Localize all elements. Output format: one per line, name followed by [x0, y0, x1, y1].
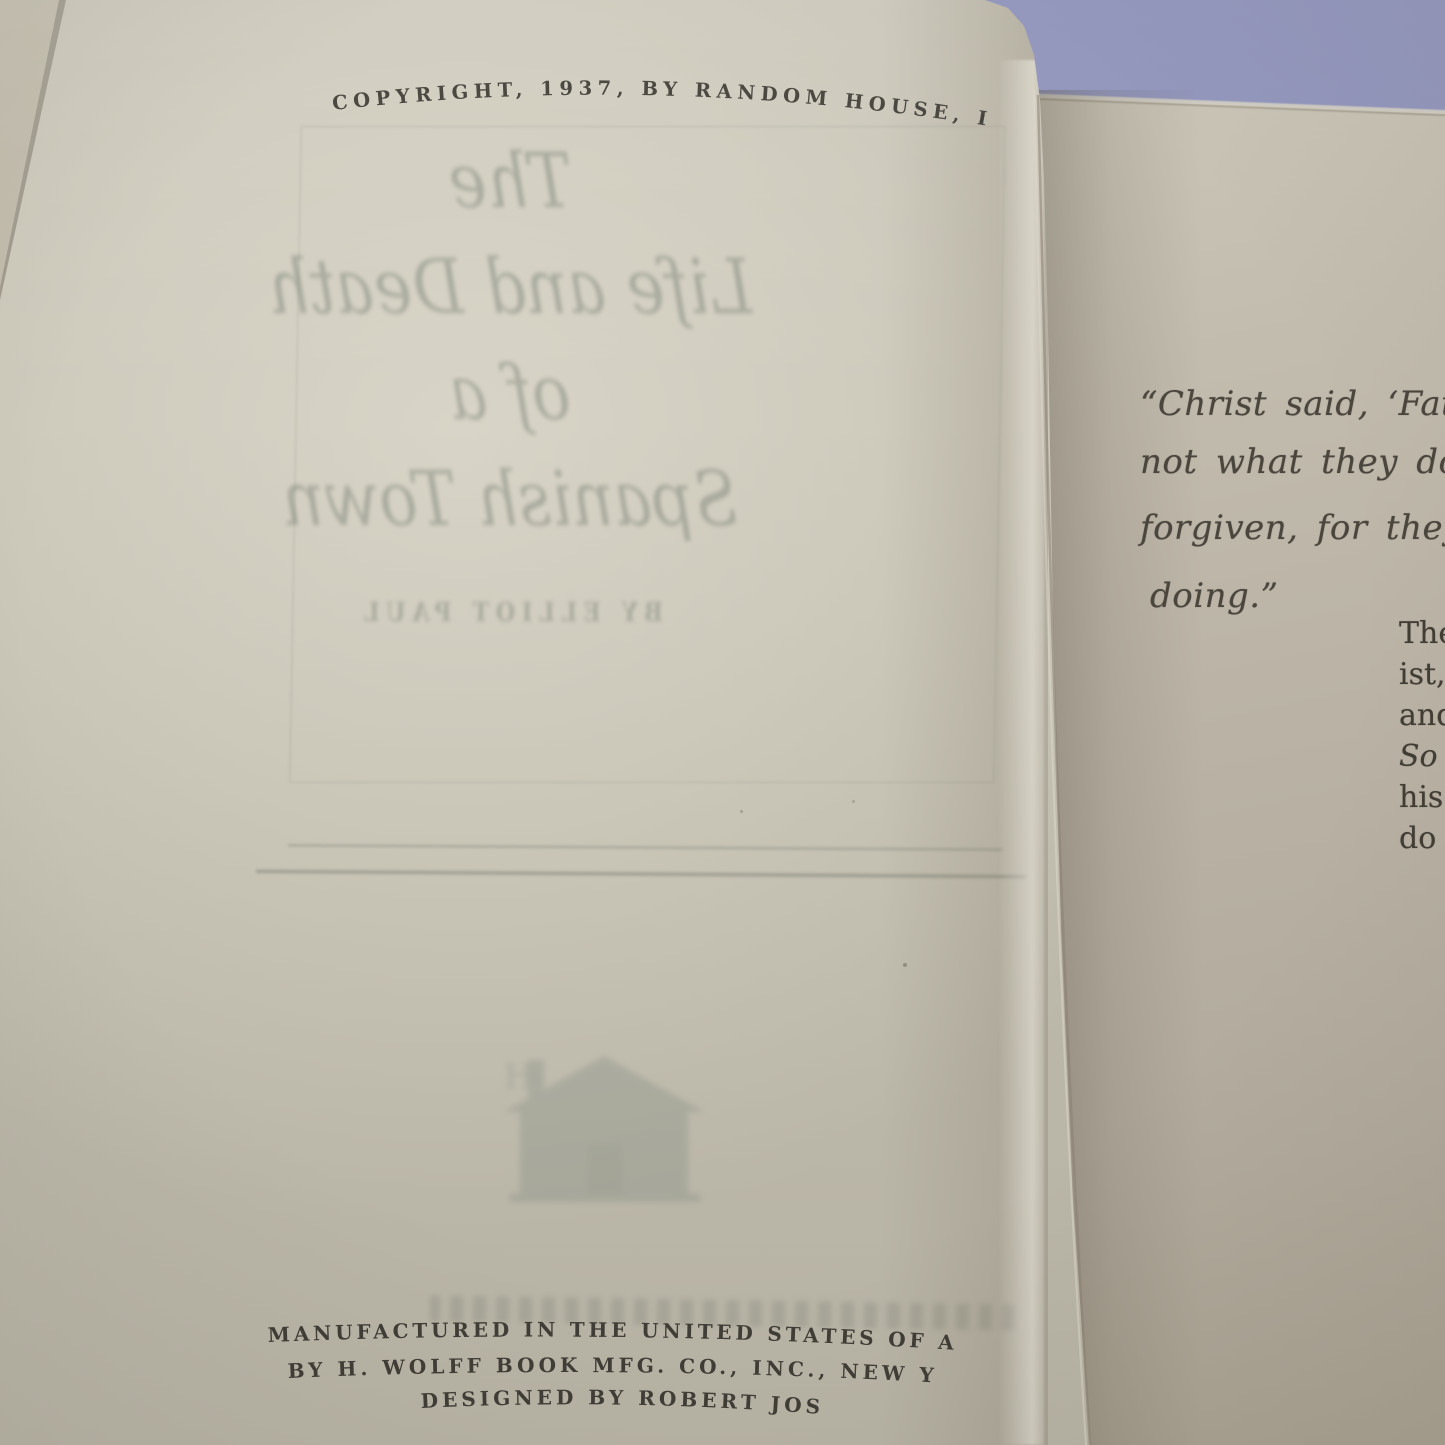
fragment-line: his [1399, 777, 1445, 818]
fragment-line: So [1399, 736, 1445, 777]
svg-text:COPYRIGHT, 1937, BY RANDOM HOU: COPYRIGHT, 1937, BY RANDOM HOUSE, INC. [0, 0, 994, 131]
epigraph-quote-line-2: not what they do.’ I [1140, 442, 1445, 482]
book-photo: The Life and Death of a Spanish Town BY … [0, 0, 1445, 1445]
epigraph-quote-line-4: doing.” [1150, 576, 1278, 616]
imprint-line-3: DESIGNED BY ROBERT JOSEPHY [0, 0, 825, 1419]
copyright-line: COPYRIGHT, 1937, BY RANDOM HOUSE, INC. [0, 0, 994, 131]
epigraph-quote-line-1: “Christ said, ‘Father, [1140, 384, 1445, 424]
imprint-line-1: MANUFACTURED IN THE UNITED STATES OF AME… [0, 0, 958, 1355]
fragment-line: ist, [1399, 654, 1445, 695]
svg-text:MANUFACTURED IN THE UNITED STA: MANUFACTURED IN THE UNITED STATES OF AME… [0, 0, 958, 1355]
fragment-line: and [1399, 695, 1445, 736]
epigraph-quote-line-3: forgiven, for they kn [1140, 508, 1445, 548]
letterpress-text-layer: COPYRIGHT, 1937, BY RANDOM HOUSE, INC. M… [0, 0, 1445, 1445]
svg-text:DESIGNED BY ROBERT JOSEPHY: DESIGNED BY ROBERT JOSEPHY [0, 0, 825, 1419]
fragment-line: do [1399, 818, 1445, 859]
fragment-line: The [1399, 613, 1445, 654]
paragraph-fragment: The ist, and So his do [1399, 613, 1445, 859]
svg-text:BY H. WOLFF BOOK MFG. CO., INC: BY H. WOLFF BOOK MFG. CO., INC., NEW YOR… [0, 0, 938, 1387]
imprint-line-2: BY H. WOLFF BOOK MFG. CO., INC., NEW YOR… [0, 0, 938, 1387]
